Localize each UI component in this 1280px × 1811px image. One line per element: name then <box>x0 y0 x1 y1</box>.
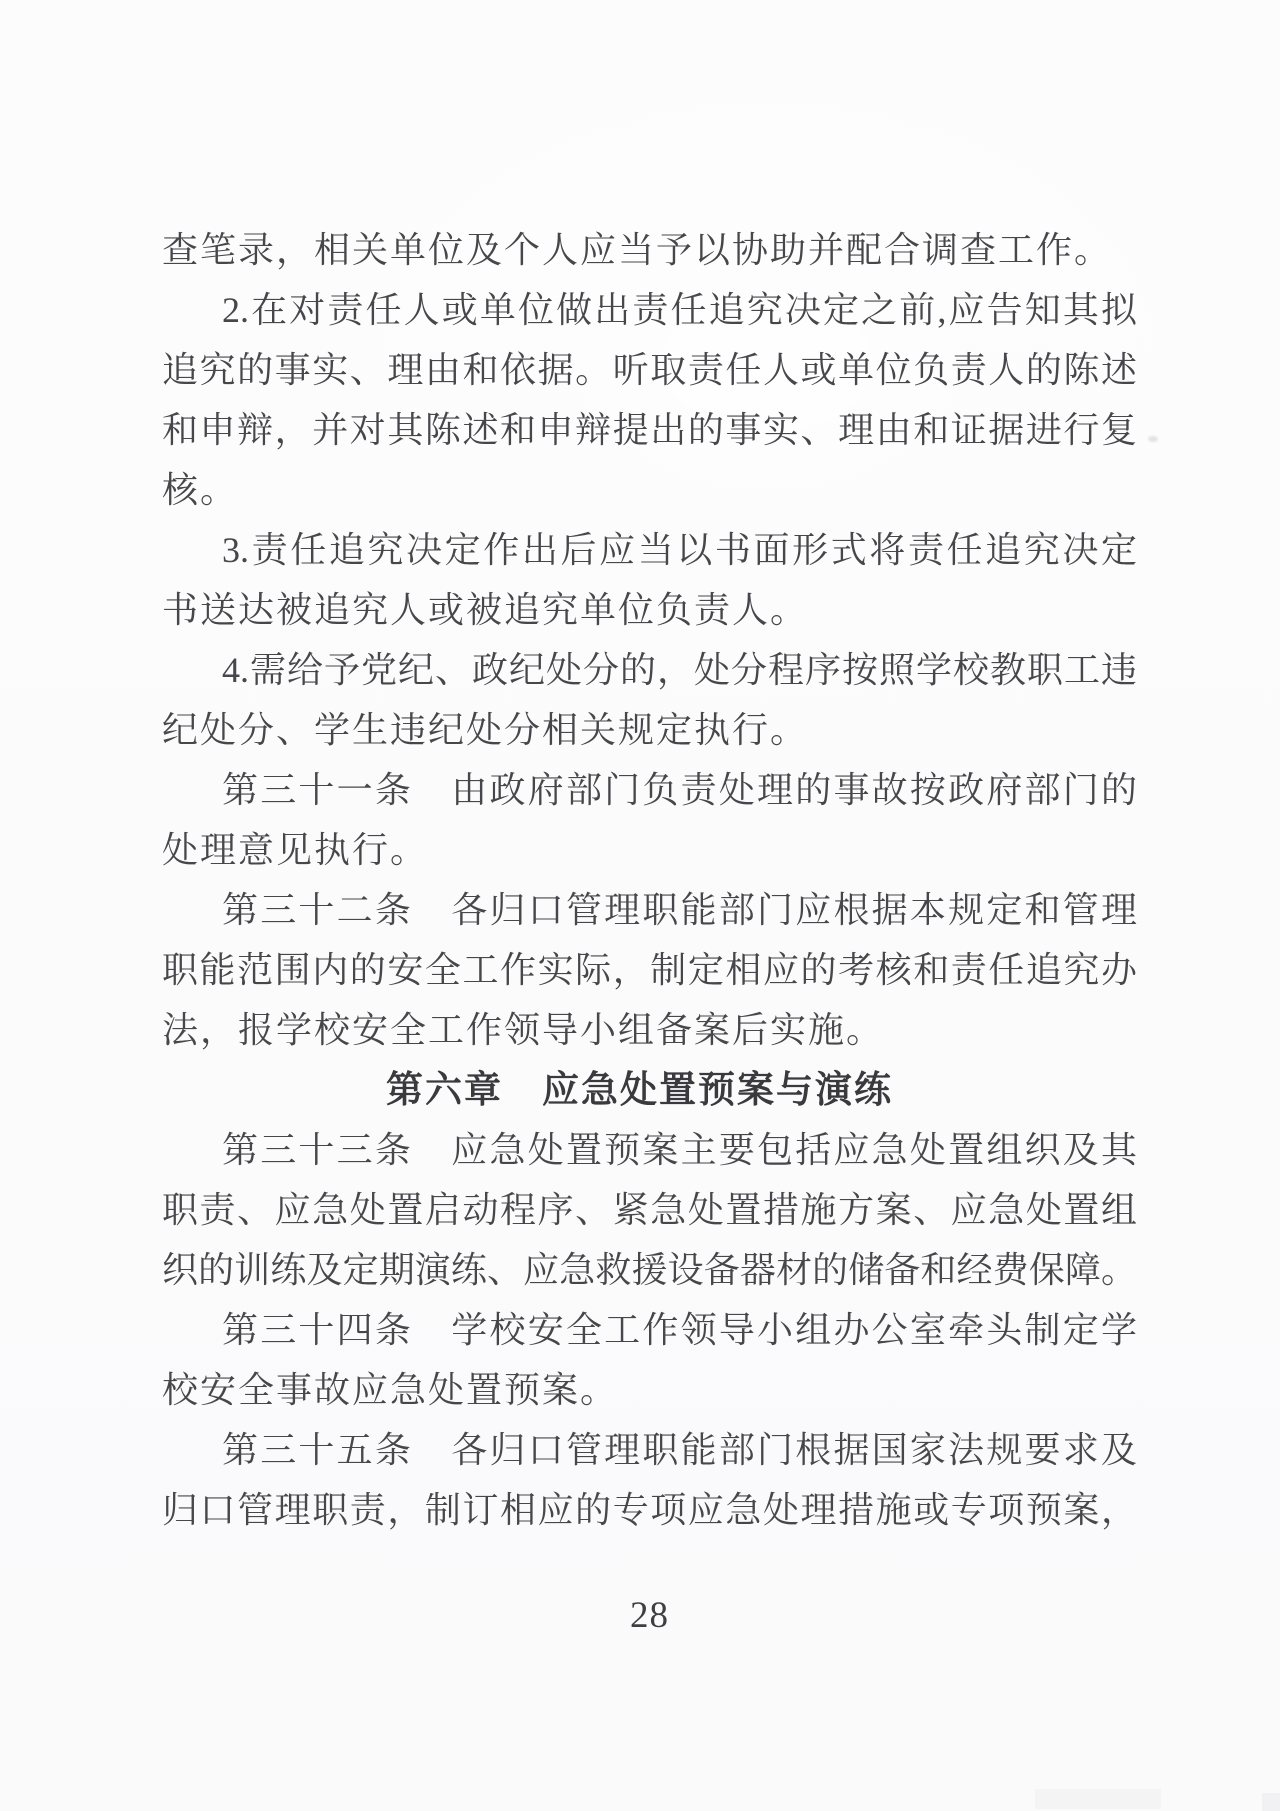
page-number: 28 <box>162 1594 1137 1637</box>
text-line: 2.在对责任人或单位做出责任追究决定之前,应告知其拟 <box>162 280 1137 340</box>
document-page: 查笔录，相关单位及个人应当予以协助并配合调查工作。2.在对责任人或单位做出责任追… <box>0 0 1280 1811</box>
text-line: 3.责任追究决定作出后应当以书面形式将责任追究决定 <box>162 520 1137 580</box>
text-block: 查笔录，相关单位及个人应当予以协助并配合调查工作。2.在对责任人或单位做出责任追… <box>162 220 1137 1540</box>
text-line: 第三十三条 应急处置预案主要包括应急处置组织及其 <box>162 1120 1137 1180</box>
text-line: 和申辩，并对其陈述和申辩提出的事实、理由和证据进行复 <box>162 400 1137 460</box>
text-line: 职责、应急处置启动程序、紧急处置措施方案、应急处置组 <box>162 1180 1137 1240</box>
text-line: 4.需给予党纪、政纪处分的，处分程序按照学校教职工违 <box>162 640 1137 700</box>
text-line: 第三十一条 由政府部门负责处理的事故按政府部门的 <box>162 760 1137 820</box>
text-line: 书送达被追究人或被追究单位负责人。 <box>162 580 1137 640</box>
text-line: 法，报学校安全工作领导小组备案后实施。 <box>162 1000 1137 1060</box>
text-line: 查笔录，相关单位及个人应当予以协助并配合调查工作。 <box>162 220 1137 280</box>
text-line: 归口管理职责，制订相应的专项应急处理措施或专项预案， <box>162 1480 1137 1540</box>
text-line: 处理意见执行。 <box>162 820 1137 880</box>
text-line: 织的训练及定期演练、应急救援设备器材的储备和经费保障。 <box>162 1240 1137 1300</box>
text-line: 职能范围内的安全工作实际，制定相应的考核和责任追究办 <box>162 940 1137 1000</box>
text-line: 纪处分、学生违纪处分相关规定执行。 <box>162 700 1137 760</box>
scan-artifact-bar <box>1035 1789 1161 1809</box>
scan-artifact-dot <box>1148 436 1158 442</box>
text-line: 核。 <box>162 460 1137 520</box>
scan-artifact-corner <box>1262 1793 1280 1811</box>
text-line: 第三十四条 学校安全工作领导小组办公室牵头制定学 <box>162 1300 1137 1360</box>
text-line: 校安全事故应急处置预案。 <box>162 1360 1137 1420</box>
chapter-heading: 第六章 应急处置预案与演练 <box>162 1060 1137 1120</box>
text-line: 第三十五条 各归口管理职能部门根据国家法规要求及 <box>162 1420 1137 1480</box>
text-line: 第三十二条 各归口管理职能部门应根据本规定和管理 <box>162 880 1137 940</box>
text-line: 追究的事实、理由和依据。听取责任人或单位负责人的陈述 <box>162 340 1137 400</box>
